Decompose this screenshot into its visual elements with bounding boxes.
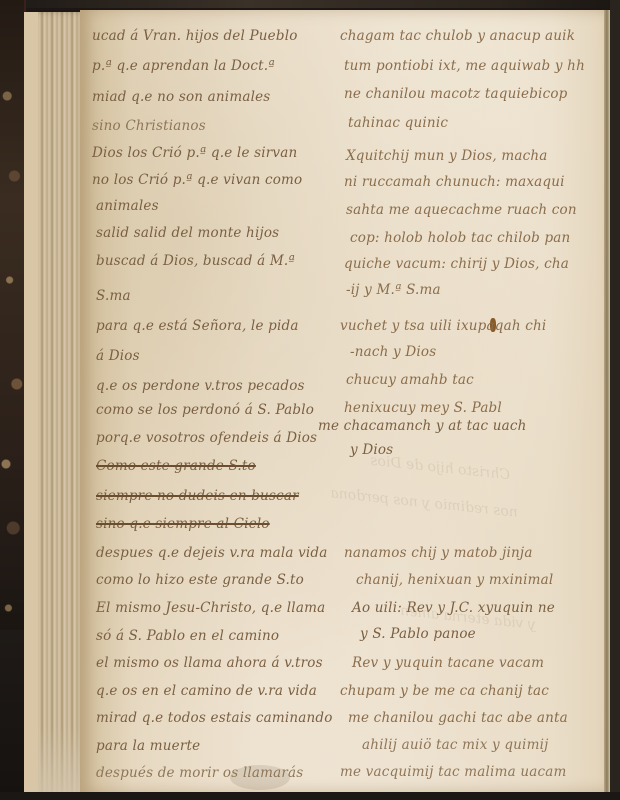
- right-line: nanamos chij y matob jinja: [344, 545, 533, 561]
- book-cover-spine: [0, 630, 24, 800]
- left-line: S.ma: [96, 288, 131, 304]
- right-line: Xquitchij mun y Dios, macha: [346, 148, 547, 164]
- left-line: só á S. Pablo en el camino: [96, 628, 279, 644]
- left-line: buscad á Dios, buscad á M.ª: [96, 253, 295, 269]
- right-line: -nach y Dios: [350, 344, 436, 360]
- struck-line: sino q.e siempre al Cielo: [96, 516, 270, 532]
- left-line: á Dios: [96, 348, 140, 364]
- right-line: cop: holob holob tac chilob pan: [350, 230, 570, 246]
- left-line: después de morir os llamarás: [96, 765, 303, 781]
- right-line: Ao uili: Rev y J.C. xyuquin ne: [352, 600, 555, 616]
- right-line: ahilij auiö tac mix y quimij: [362, 737, 548, 753]
- left-line: salid salid del monte hijos: [96, 225, 279, 241]
- left-line: ucad á Vran. hijos del Pueblo: [92, 28, 298, 44]
- scan-background-top: [0, 0, 620, 8]
- left-line: el mismo os llama ahora á v.tros: [96, 655, 323, 671]
- scan-background-right: [610, 0, 620, 800]
- left-line: no los Crió p.ª q.e vivan como: [92, 172, 302, 188]
- left-line: mirad q.e todos estais caminando: [96, 710, 333, 726]
- scan-background-bottom: [0, 792, 620, 800]
- right-line: chucuy amahb tac: [346, 372, 474, 388]
- right-line: chanij, henixuan y mxinimal: [356, 572, 553, 588]
- struck-line: siempre no dudeis en buscar: [96, 488, 299, 504]
- right-line: -ij y M.ª S.ma: [346, 282, 441, 298]
- left-line: despues q.e dejeis v.ra mala vida: [96, 545, 328, 561]
- left-line: q.e os en el camino de v.ra vida: [96, 683, 317, 699]
- right-line: henixucuy mey S. Pabl: [344, 400, 502, 416]
- left-line: como lo hizo este grande S.to: [96, 572, 304, 588]
- left-line: Dios los Crió p.ª q.e le sirvan: [92, 145, 297, 161]
- right-line: tahinac quinic: [348, 115, 448, 131]
- left-line: porq.e vosotros ofendeis á Dios: [96, 430, 317, 446]
- right-line: tum pontiobi ixt, me aquiwab y hh: [344, 58, 585, 74]
- right-line: quiche vacum: chirij y Dios, cha: [344, 256, 569, 272]
- right-line: ni ruccamah chunuch: maxaqui: [344, 174, 565, 190]
- right-line: chupam y be me ca chanij tac: [340, 683, 549, 699]
- left-line: miad q.e no son animales: [92, 89, 270, 105]
- page-margin-strip: [24, 12, 38, 797]
- left-line: q.e os perdone v.tros pecados: [96, 378, 305, 394]
- page-right-edge: [604, 10, 610, 792]
- right-line: me chacamanch y at tac uach: [318, 418, 527, 434]
- left-line: como se los perdonó á S. Pablo: [96, 402, 314, 418]
- left-line: para q.e está Señora, le pida: [96, 318, 299, 334]
- right-line: Rev y yuquin tacane vacam: [352, 655, 544, 671]
- right-line: y Dios: [350, 442, 393, 458]
- right-line: vuchet y tsa uili ixupaqah chi: [340, 318, 546, 334]
- left-line: El mismo Jesu-Christo, q.e llama: [96, 600, 325, 616]
- scanned-manuscript: Christo hijo de Dios nos redimio y nos p…: [0, 0, 620, 800]
- struck-line: Como este grande S.to: [96, 458, 256, 474]
- left-line: p.ª q.e aprendan la Doct.ª: [92, 58, 275, 74]
- left-line: sino Christianos: [92, 118, 206, 134]
- right-line: ne chanilou macotz taquiebicop: [344, 86, 568, 102]
- right-line: me vacquimij tac malima uacam: [340, 764, 566, 780]
- right-line: me chanilou gachi tac abe anta: [348, 710, 568, 726]
- right-line: sahta me aquecachme ruach con: [346, 202, 577, 218]
- right-line: chagam tac chulob y anacup auik: [340, 28, 575, 44]
- right-line: y S. Pablo panoe: [360, 626, 476, 642]
- left-line: para la muerte: [96, 738, 200, 754]
- left-line: animales: [96, 198, 159, 214]
